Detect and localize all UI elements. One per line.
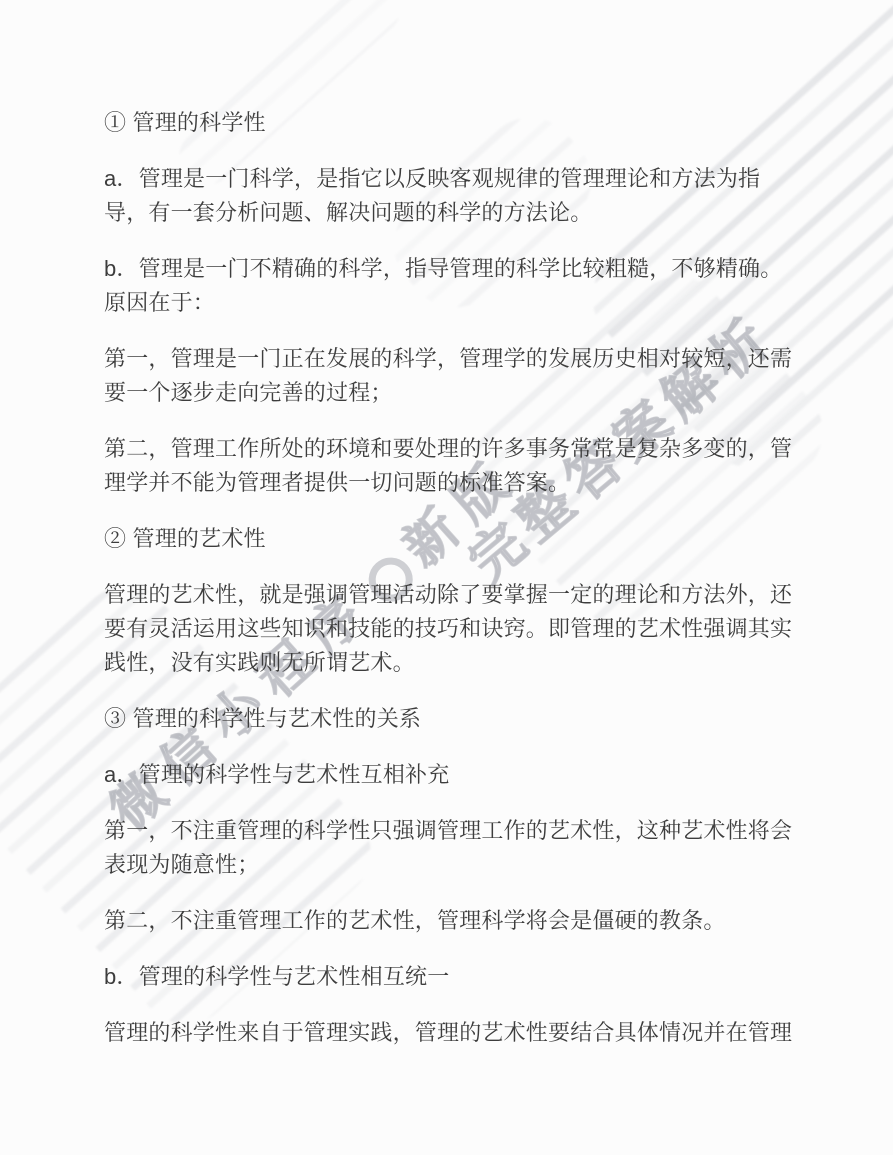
section-heading-science: ① 管理的科学性	[104, 106, 793, 140]
paragraph-science-b: b．管理是一门不精确的科学，指导管理的科学比较粗糙，不够精确。 原因在于：	[104, 252, 793, 320]
paragraph-unity: 管理的科学性来自于管理实践，管理的艺术性要结合具体情况并在管理	[104, 1016, 793, 1050]
section-heading-art: ② 管理的艺术性	[104, 522, 793, 556]
paragraph-relationship-first: 第一，不注重管理的科学性只强调管理工作的艺术性，这种艺术性将会 表现为随意性；	[104, 814, 793, 882]
paragraph-relationship-a: a．管理的科学性与艺术性互相补充	[104, 758, 793, 792]
paragraph-relationship-second: 第二，不注重管理工作的艺术性，管理科学将会是僵硬的教条。	[104, 904, 793, 938]
document-content: ① 管理的科学性 a．管理是一门科学，是指它以反映客观规律的管理理论和方法为指 …	[0, 0, 893, 1050]
paragraph-relationship-b: b．管理的科学性与艺术性相互统一	[104, 960, 793, 994]
paragraph-science-reason-2: 第二，管理工作所处的环境和要处理的许多事务常常是复杂多变的，管 理学并不能为管理…	[104, 432, 793, 500]
paragraph-science-a: a．管理是一门科学，是指它以反映客观规律的管理理论和方法为指 导，有一套分析问题…	[104, 162, 793, 230]
paragraph-science-reason-1: 第一，管理是一门正在发展的科学，管理学的发展历史相对较短，还需 要一个逐步走向完…	[104, 342, 793, 410]
paragraph-art-description: 管理的艺术性，就是强调管理活动除了要掌握一定的理论和方法外，还 要有灵活运用这些…	[104, 578, 793, 680]
section-heading-relationship: ③ 管理的科学性与艺术性的关系	[104, 702, 793, 736]
document-page: 微信小程序新版 完整答案解析 ① 管理的科学性 a．管理是一门科学，是指它以反映…	[0, 0, 893, 1155]
